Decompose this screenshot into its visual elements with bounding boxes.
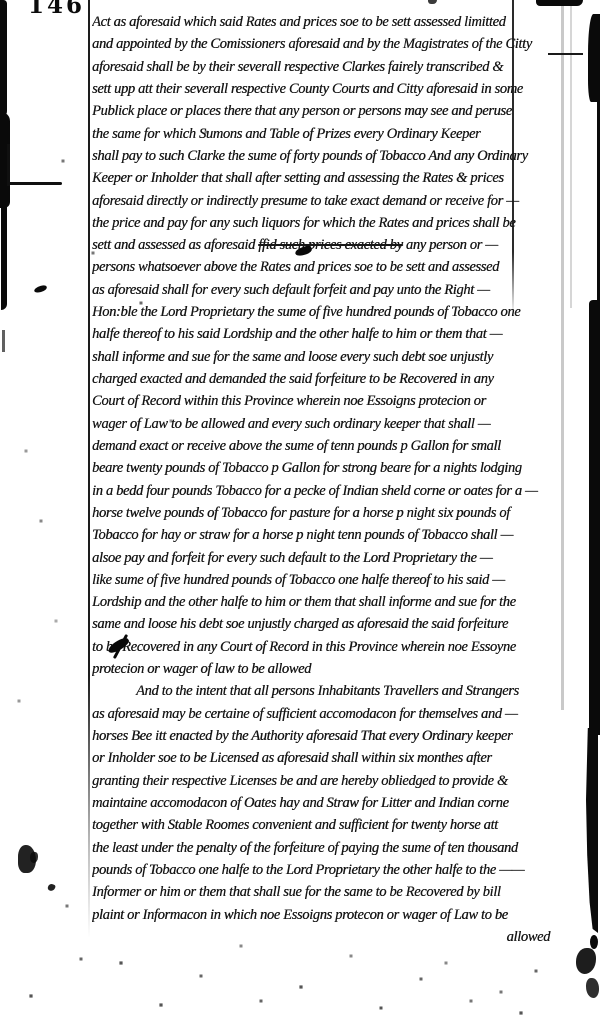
- scan-binding-edge: [1, 204, 7, 310]
- scan-binding-edge: [0, 0, 7, 118]
- manuscript-line: in a bedd four pounds Tobacco for a peck…: [92, 480, 586, 502]
- margin-bracket-mark: [7, 182, 62, 185]
- strike-line-post: any person or —: [403, 237, 498, 253]
- manuscript-line: Lordship and the other halfe to him or t…: [92, 591, 586, 613]
- manuscript-line: shall pay to such Clarke the sume of for…: [92, 145, 586, 167]
- struck-out-text: ffid such prices exacted by: [258, 237, 402, 253]
- manuscript-line: plaint or Informacon in which noe Essoig…: [92, 904, 586, 926]
- gutter-shadow-blob: [586, 978, 599, 998]
- ink-blot: [33, 284, 47, 293]
- manuscript-line: together with Stable Roomes convenient a…: [92, 814, 586, 836]
- margin-bracket-mark: [7, 144, 10, 186]
- folio-number: 146: [28, 0, 85, 19]
- manuscript-line: beare twenty pounds of Tobacco p Gallon …: [92, 457, 586, 479]
- manuscript-closing-word: allowed: [92, 926, 586, 948]
- manuscript-line: aforesaid shall be by their severall res…: [92, 56, 586, 78]
- ink-blot: [47, 883, 56, 892]
- manuscript-line: the same for which Sumons and Table of P…: [92, 123, 586, 145]
- manuscript-page: 146 Act as aforesaid which said Rates an…: [0, 0, 600, 1016]
- manuscript-line: demand exact or receive above the sume o…: [92, 435, 586, 457]
- gutter-shadow-bar: [588, 14, 600, 102]
- manuscript-line: aforesaid directly or indirectly presume…: [92, 190, 586, 212]
- scan-edge-smudge: [536, 0, 583, 6]
- scan-edge-smudge: [428, 0, 437, 4]
- scan-binding-edge: [2, 330, 5, 352]
- gutter-shadow-bar: [586, 728, 598, 933]
- manuscript-line: maintaine accomodacon of Oates hay and S…: [92, 792, 586, 814]
- manuscript-line: the price and pay for any such liquors f…: [92, 212, 586, 234]
- manuscript-line: Act as aforesaid which said Rates and pr…: [92, 11, 586, 33]
- manuscript-line: alsoe pay and forfeit for every such def…: [92, 547, 586, 569]
- manuscript-line-with-strikeout: sett and assessed as aforesaid ffid such…: [92, 234, 586, 256]
- manuscript-text-block: Act as aforesaid which said Rates and pr…: [92, 11, 586, 948]
- manuscript-line: granting their respective Licenses be an…: [92, 770, 586, 792]
- gutter-shadow-bar: [589, 300, 600, 735]
- manuscript-line: Informer or him or them that shall sue f…: [92, 881, 586, 903]
- gutter-shadow-blob: [590, 935, 598, 949]
- manuscript-line: Hon:ble the Lord Proprietary the sume of…: [92, 301, 586, 323]
- manuscript-line: or Inholder soe to be Licensed as afores…: [92, 747, 586, 769]
- manuscript-line: charged exacted and demanded the said fo…: [92, 368, 586, 390]
- manuscript-line: and appointed by the Comissioners afores…: [92, 33, 586, 55]
- manuscript-line-paragraph-start: And to the intent that all persons Inhab…: [92, 680, 586, 702]
- manuscript-line: same and loose his debt soe unjustly cha…: [92, 613, 586, 635]
- manuscript-line: sett upp att their severall respective C…: [92, 78, 586, 100]
- manuscript-line: wager of Law to be allowed and every suc…: [92, 413, 586, 435]
- gutter-shadow-blob: [576, 948, 596, 974]
- ink-blot: [30, 852, 38, 863]
- manuscript-line: horses Bee itt enacted by the Authority …: [92, 725, 586, 747]
- manuscript-line: persons whatsoever above the Rates and p…: [92, 256, 586, 278]
- margin-dash-mark: [548, 53, 583, 55]
- manuscript-line: pounds of Tobacco one halfe to the Lord …: [92, 859, 586, 881]
- manuscript-line: to be Recovered in any Court of Record i…: [92, 636, 586, 658]
- strike-line-pre: sett and assessed as aforesaid: [92, 237, 258, 253]
- manuscript-line: horse twelve pounds of Tobacco for pastu…: [92, 502, 586, 524]
- manuscript-line: Publick place or places there that any p…: [92, 100, 586, 122]
- manuscript-line: Court of Record within this Province whe…: [92, 390, 586, 412]
- manuscript-line: protecion or wager of law to be allowed: [92, 658, 586, 680]
- manuscript-line: halfe thereof to his said Lordship and t…: [92, 323, 586, 345]
- manuscript-line: as aforesaid may be certaine of sufficie…: [92, 703, 586, 725]
- manuscript-line: like sume of five hundred pounds of Toba…: [92, 569, 586, 591]
- left-margin-rule: [88, 0, 90, 938]
- manuscript-line: Keeper or Inholder that shall after sett…: [92, 167, 586, 189]
- manuscript-line: shall informe and sue for the same and l…: [92, 346, 586, 368]
- manuscript-line: the least under the penalty of the forfe…: [92, 837, 586, 859]
- manuscript-line: Tobacco for hay or straw for a horse p n…: [92, 524, 586, 546]
- manuscript-line: as aforesaid shall for every such defaul…: [92, 279, 586, 301]
